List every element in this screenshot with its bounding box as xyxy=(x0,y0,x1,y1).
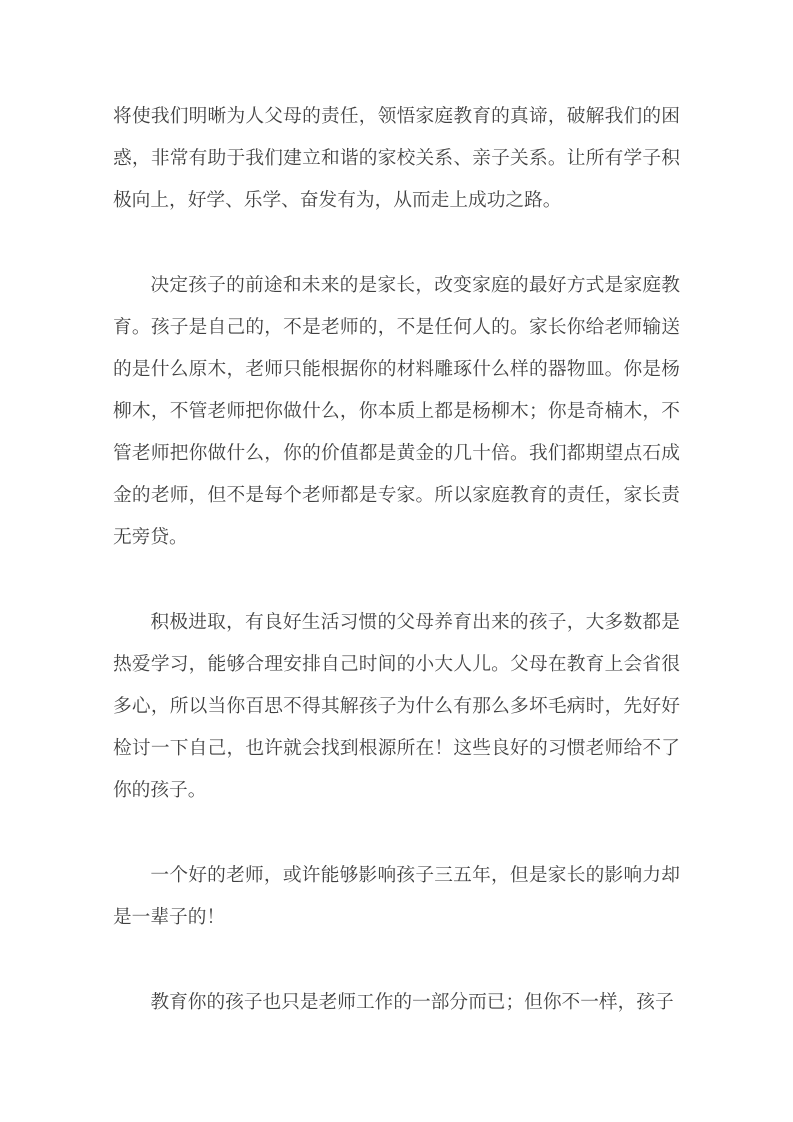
paragraph-2: 决定孩子的前途和未来的是家长，改变家庭的最好方式是家庭教育。孩子是自己的，不是老… xyxy=(113,265,680,559)
paragraph-5: 教育你的孩子也只是老师工作的一部分而已；但你不一样，孩子 xyxy=(113,982,680,1024)
paragraph-4: 一个好的老师，或许能够影响孩子三五年，但是家长的影响力却是一辈子的！ xyxy=(113,855,680,939)
document-page: 将使我们明晰为人父母的责任，领悟家庭教育的真谛，破解我们的困惑，非常有助于我们建… xyxy=(0,0,793,1122)
paragraph-3: 积极进取，有良好生活习惯的父母养育出来的孩子，大多数都是热爱学习，能够合理安排自… xyxy=(113,602,680,812)
paragraph-1: 将使我们明晰为人父母的责任，领悟家庭教育的真谛，破解我们的困惑，非常有助于我们建… xyxy=(113,96,680,222)
